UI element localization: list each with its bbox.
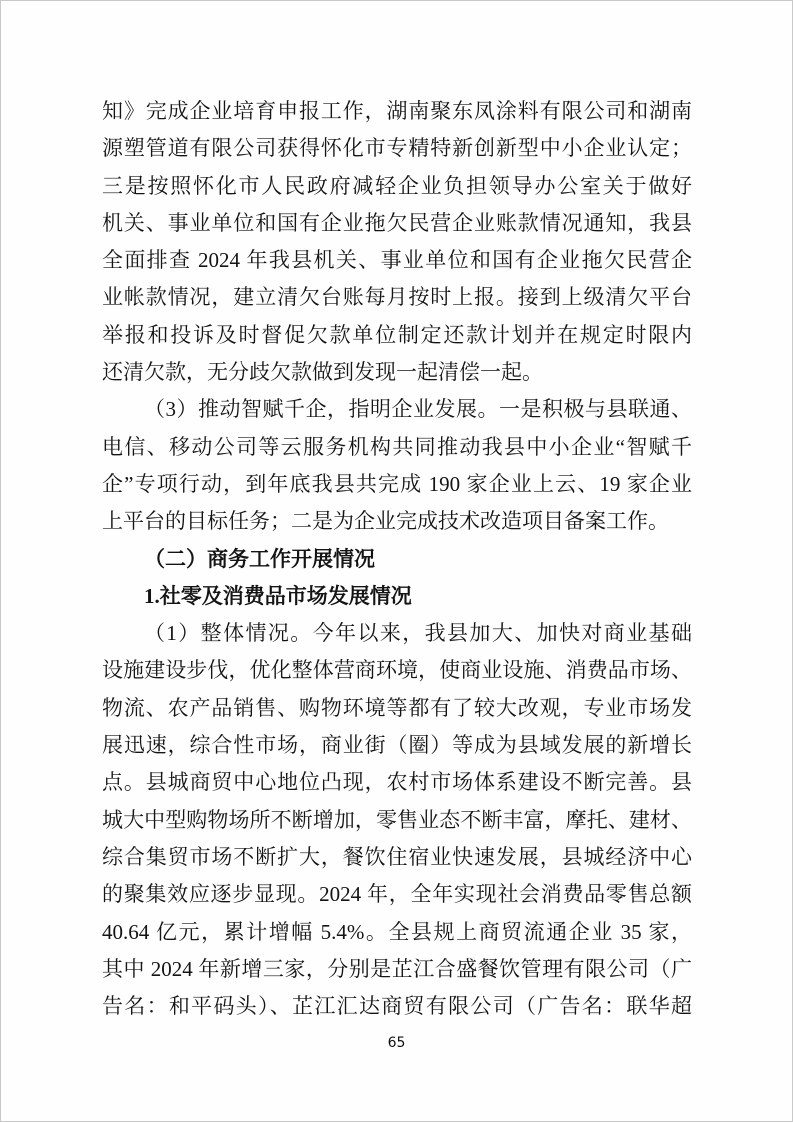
- text-line: 上平台的目标任务；二是为企业完成技术改造项目备案工作。: [102, 503, 692, 540]
- text-line: 展迅速，综合性市场，商业街（圈）等成为县域发展的新增长: [102, 727, 692, 764]
- text-line: 其中 2024 年新增三家，分别是芷江合盛餐饮管理有限公司（广: [102, 951, 692, 988]
- text-line: 电信、移动公司等云服务机构共同推动我县中小企业“智赋千: [102, 429, 692, 466]
- document-page: 知》完成企业培育申报工作，湖南聚东凤涂料有限公司和湖南源塑管道有限公司获得怀化市…: [0, 0, 793, 1122]
- text-line: 知》完成企业培育申报工作，湖南聚东凤涂料有限公司和湖南: [102, 93, 692, 130]
- text-line: （3）推动智赋千企，指明企业发展。一是积极与县联通、: [102, 391, 692, 428]
- text-line: 机关、事业单位和国有企业拖欠民营企业账款情况通知，我县: [102, 205, 692, 242]
- text-line: 的聚集效应逐步显现。2024 年，全年实现社会消费品零售总额: [102, 876, 692, 913]
- text-line: 物流、农产品销售、购物环境等都有了较大改观，专业市场发: [102, 690, 692, 727]
- document-body: 知》完成企业培育申报工作，湖南聚东凤涂料有限公司和湖南源塑管道有限公司获得怀化市…: [102, 93, 692, 1025]
- text-line: 举报和投诉及时督促欠款单位制定还款计划并在规定时限内: [102, 317, 692, 354]
- text-line: 设施建设步伐，优化整体营商环境，使商业设施、消费品市场、: [102, 652, 692, 689]
- text-line: 告名：和平码头）、芷江汇达商贸有限公司（广告名：联华超: [102, 988, 692, 1025]
- text-line: 40.64 亿元，累计增幅 5.4%。全县规上商贸流通企业 35 家，: [102, 914, 692, 951]
- text-line: 1.社零及消费品市场发展情况: [102, 578, 692, 615]
- text-line: 企”专项行动，到年底我县共完成 190 家企业上云、19 家企业: [102, 466, 692, 503]
- text-line: （二）商务工作开展情况: [102, 541, 692, 578]
- text-line: 业帐款情况，建立清欠台账每月按时上报。接到上级清欠平台: [102, 279, 692, 316]
- page-footer: 65: [1, 1034, 792, 1052]
- text-line: （1）整体情况。今年以来，我县加大、加快对商业基础: [102, 615, 692, 652]
- text-line: 综合集贸市场不断扩大，餐饮住宿业快速发展，县城经济中心: [102, 839, 692, 876]
- text-line: 还清欠款，无分歧欠款做到发现一起清偿一起。: [102, 354, 692, 391]
- text-line: 城大中型购物场所不断增加，零售业态不断丰富，摩托、建材、: [102, 802, 692, 839]
- text-line: 三是按照怀化市人民政府减轻企业负担领导办公室关于做好: [102, 168, 692, 205]
- page-number: 65: [388, 1035, 406, 1051]
- text-line: 源塑管道有限公司获得怀化市专精特新创新型中小企业认定；: [102, 130, 692, 167]
- text-line: 全面排查 2024 年我县机关、事业单位和国有企业拖欠民营企: [102, 242, 692, 279]
- text-line: 点。县城商贸中心地位凸现，农村市场体系建设不断完善。县: [102, 764, 692, 801]
